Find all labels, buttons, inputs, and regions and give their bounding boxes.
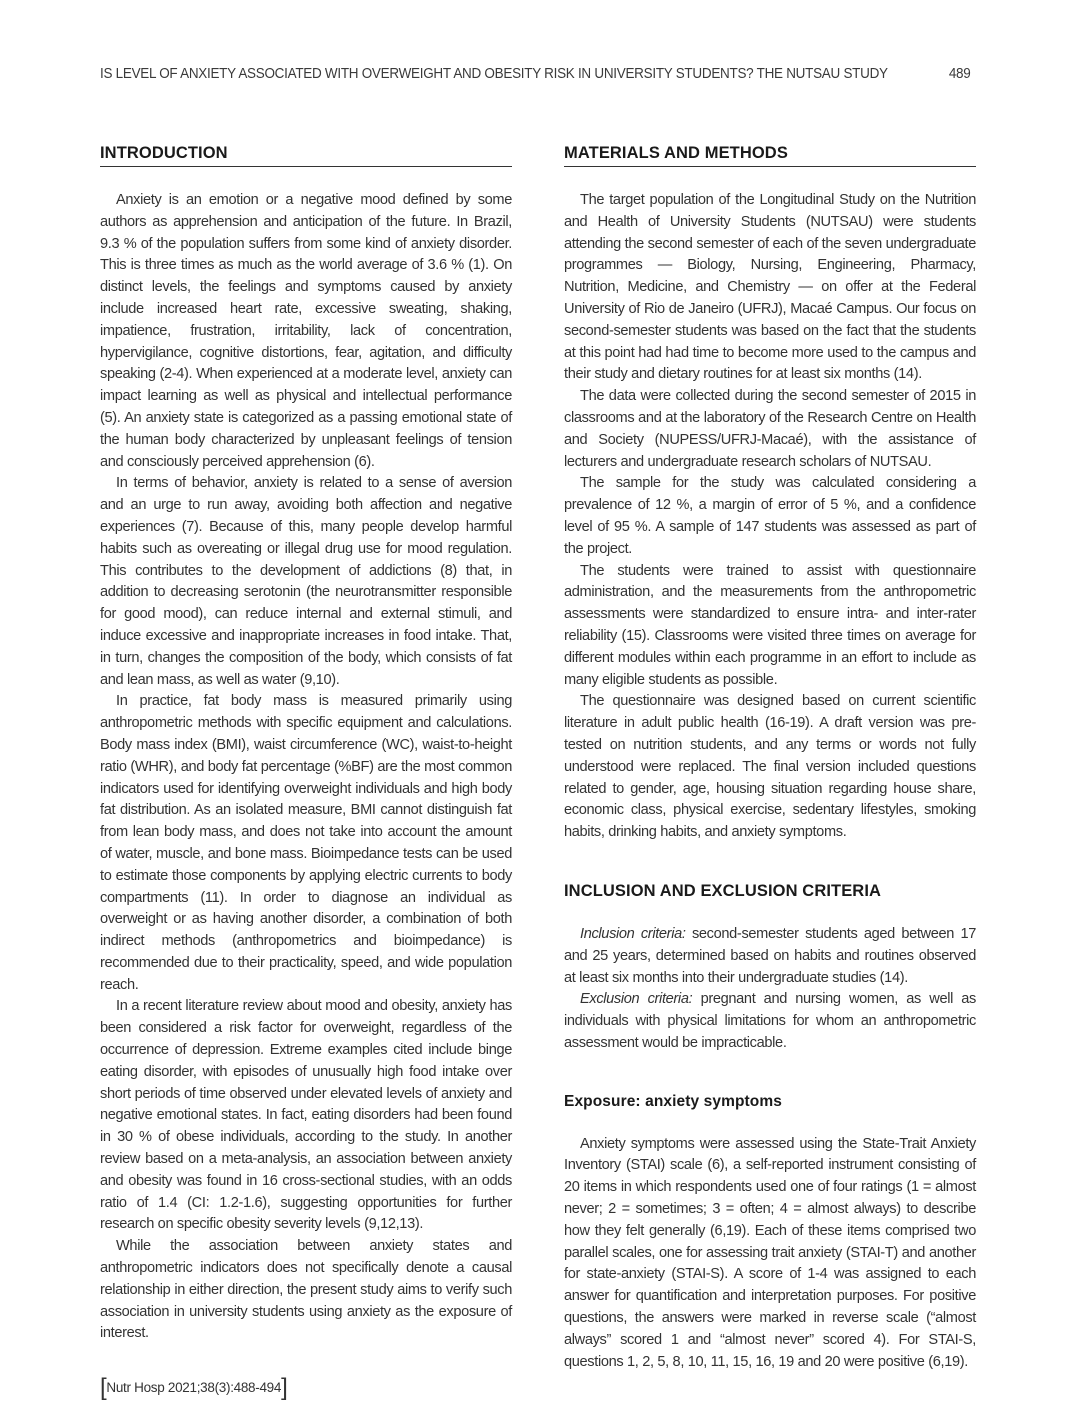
right-column: MATERIALS AND METHODS The target populat… (564, 144, 976, 1373)
introduction-body: Anxiety is an emotion or a negative mood… (100, 190, 512, 1345)
exclusion-label: Exclusion criteria: (580, 991, 692, 1007)
paragraph: Anxiety symptoms were assessed using the… (564, 1134, 976, 1374)
paragraph: The sample for the study was calculated … (564, 473, 976, 560)
exposure-heading: Exposure: anxiety symptoms (564, 1093, 976, 1111)
paragraph: In practice, fat body mass is measured p… (100, 691, 512, 996)
paragraph: The data were collected during the secon… (564, 386, 976, 473)
methods-heading: MATERIALS AND METHODS (564, 144, 976, 167)
page-number: 489 (949, 66, 971, 82)
exposure-body: Anxiety symptoms were assessed using the… (564, 1134, 976, 1374)
paragraph: Anxiety is an emotion or a negative mood… (100, 190, 512, 473)
criteria-heading: INCLUSION AND EXCLUSION CRITERIA (564, 882, 976, 901)
methods-body: The target population of the Longitudina… (564, 190, 976, 844)
running-title: IS LEVEL OF ANXIETY ASSOCIATED WITH OVER… (100, 66, 888, 82)
citation-text: Nutr Hosp 2021;38(3):488-494 (106, 1380, 281, 1395)
paragraph: The target population of the Longitudina… (564, 190, 976, 386)
criteria-body: Inclusion criteria: second-semester stud… (564, 924, 976, 1055)
inclusion-paragraph: Inclusion criteria: second-semester stud… (564, 924, 976, 989)
journal-citation: [Nutr Hosp 2021;38(3):488-494] (100, 1374, 287, 1402)
paragraph: While the association between anxiety st… (100, 1236, 512, 1345)
bracket-close: ] (281, 1374, 287, 1401)
introduction-heading: INTRODUCTION (100, 144, 512, 167)
exclusion-paragraph: Exclusion criteria: pregnant and nursing… (564, 989, 976, 1054)
paragraph: In terms of behavior, anxiety is related… (100, 473, 512, 691)
left-column: INTRODUCTION Anxiety is an emotion or a … (100, 144, 512, 1345)
inclusion-label: Inclusion criteria: (580, 926, 686, 942)
paragraph: The questionnaire was designed based on … (564, 691, 976, 844)
paragraph: The students were trained to assist with… (564, 561, 976, 692)
paragraph: In a recent literature review about mood… (100, 996, 512, 1236)
running-head: IS LEVEL OF ANXIETY ASSOCIATED WITH OVER… (100, 66, 915, 82)
